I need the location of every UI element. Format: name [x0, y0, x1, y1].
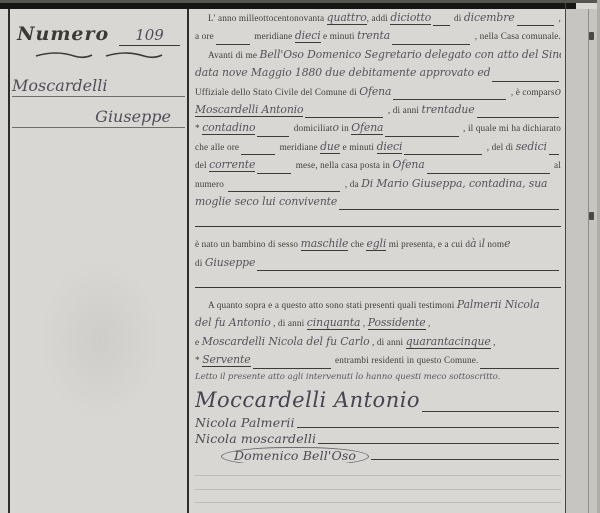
document-line: Avanti di me Bell'Oso Domenico Segretari…	[195, 48, 561, 66]
blank-ruled-line	[195, 463, 561, 477]
printed-text: ,	[360, 318, 367, 328]
handwritten-text: Ofena	[351, 121, 383, 135]
handwritten-text: sedici	[516, 140, 547, 153]
document-line: che alle ore meridiane due e minuti diec…	[195, 140, 561, 158]
given-name-row: Giuseppe	[12, 107, 185, 128]
surname-text: Moscardelli	[12, 76, 107, 96]
handwritten-text: Moscardelli Antonio	[195, 103, 303, 117]
act-number-row: Numero 109	[12, 23, 185, 46]
printed-text: nom	[485, 239, 504, 249]
blank-underline	[339, 207, 559, 210]
printed-text: A quanto sopra e a questo atto sono stat…	[208, 300, 457, 310]
flourish-swash	[34, 48, 164, 62]
handwritten-text: maschile	[301, 237, 349, 251]
scan-artifact	[589, 32, 594, 40]
document-line: numero , da Di Mario Giuseppa, contadina…	[195, 177, 561, 195]
printed-text: ,	[491, 337, 496, 347]
document-line: A quanto sopra e a questo atto sono stat…	[195, 298, 561, 316]
printed-text: in	[339, 123, 351, 133]
margin-column: Numero 109 Moscardelli Giuseppe	[12, 11, 185, 511]
handwritten-text: Letto il presente atto agli intervenuti …	[195, 372, 500, 382]
handwritten-text: due	[320, 140, 340, 154]
act-body: L' anno milleottocentonovanta quattro, a…	[195, 11, 561, 513]
handwritten-text: dieci	[295, 29, 321, 43]
document-line: * contadino domiciliato in Ofena , il qu…	[195, 121, 561, 139]
printed-text: Avanti di me	[208, 50, 260, 60]
printed-text: ,	[426, 318, 431, 328]
handwritten-text: corrente	[209, 158, 255, 172]
document-line: Moscardelli Antonio , di anni trentadue	[195, 103, 561, 121]
printed-text: al	[552, 160, 561, 170]
blank-underline	[216, 42, 250, 45]
handwritten-text: e	[504, 237, 510, 250]
printed-text: *	[195, 355, 202, 365]
right-margin-gutter	[566, 9, 600, 513]
blank-ruled-line	[195, 490, 561, 504]
blank-underline	[433, 23, 449, 26]
printed-text: *	[195, 123, 202, 133]
printed-text: entrambi residenti in questo Comune.	[333, 355, 479, 365]
handwritten-text: cinquanta	[307, 316, 361, 330]
document-line: data nove Maggio 1880 due debitamente ap…	[195, 66, 561, 84]
blank-underline	[427, 171, 550, 174]
document-line: e Moscardelli Nicola del fu Carlo , di a…	[195, 335, 561, 353]
printed-text: Uffiziale dello Stato Civile del Comune …	[195, 87, 359, 97]
printed-text: , nella Casa comunale.	[472, 31, 561, 41]
blank-underline	[257, 171, 291, 174]
document-line: Domenico Bell'Oso	[195, 447, 561, 463]
printed-text: , è compars	[508, 87, 554, 97]
document-line: L' anno milleottocentonovanta quattro, a…	[195, 11, 561, 29]
handwritten-text: Ofena	[393, 158, 425, 171]
signature-text: Nicola Palmerii	[195, 415, 295, 430]
printed-text: e minuti	[321, 31, 357, 41]
blank-underline	[480, 366, 559, 369]
printed-text: numero	[195, 179, 226, 189]
blank-underline	[517, 23, 555, 26]
printed-text: , di anni	[385, 105, 421, 115]
act-number-value: 109	[119, 26, 180, 46]
printed-text: ,	[556, 13, 561, 23]
handwritten-text: Servente	[202, 353, 250, 367]
section-rule	[195, 213, 561, 237]
printed-text: , da	[342, 179, 361, 189]
handwritten-text: data nove Maggio 1880 due debitamente ap…	[195, 66, 490, 79]
blank-underline	[422, 409, 559, 412]
document-line: moglie seco lui convivente	[195, 195, 561, 213]
printed-text: di	[452, 13, 464, 23]
blank-underline	[549, 152, 559, 155]
document-line: Nicola Palmerii	[195, 415, 561, 431]
document-line: Nicola moscardelli	[195, 431, 561, 447]
printed-text: , di anni	[271, 318, 307, 328]
surname-row: Moscardelli	[12, 76, 185, 97]
printed-text: , del dì	[484, 142, 515, 152]
printed-text: che	[348, 239, 366, 249]
signature-text: Moccardelli Antonio	[195, 388, 420, 412]
blank-underline	[257, 134, 289, 137]
numero-label: Numero	[17, 23, 109, 45]
printed-text: a ore	[195, 31, 214, 41]
blank-underline	[477, 115, 559, 118]
document-line: a ore meridiane dieci e minuti trenta , …	[195, 29, 561, 47]
blank-underline	[318, 441, 559, 444]
blank-underline	[257, 268, 559, 271]
handwritten-text: contadino	[202, 121, 255, 135]
document-line: di Giuseppe	[195, 256, 561, 274]
blank-underline	[253, 366, 331, 369]
scan-artifact	[589, 212, 594, 220]
blank-ruled-line	[195, 503, 561, 513]
document-line: Moccardelli Antonio	[195, 388, 561, 415]
gutter-fold-line	[588, 9, 589, 513]
section-rule	[195, 274, 561, 298]
printed-text: meridiane	[252, 31, 295, 41]
blank-underline	[297, 425, 559, 428]
blank-underline	[385, 134, 458, 137]
printed-text: che alle ore	[195, 142, 239, 152]
printed-text: , addì	[367, 13, 391, 23]
signature-text: Nicola moscardelli	[195, 431, 316, 446]
handwritten-text: trenta	[357, 29, 390, 42]
printed-text: mi presenta, e a cui d	[386, 239, 470, 249]
blank-underline	[404, 152, 482, 155]
printed-text: di	[195, 258, 205, 268]
blank-underline	[305, 115, 383, 118]
handwritten-text: Palmerii Nicola	[457, 298, 540, 311]
handwritten-text: trentadue	[422, 103, 475, 116]
document-line: * Servente entrambi residenti in questo …	[195, 353, 561, 371]
page-left-border	[8, 9, 10, 513]
document-line: Letto il presente atto agli intervenuti …	[195, 372, 561, 388]
handwritten-text: Di Mario Giuseppa, contadina, sua	[361, 177, 547, 190]
margin-column-divider	[187, 9, 189, 513]
printed-text: , di anni	[370, 337, 406, 347]
handwritten-text: diciotto	[390, 11, 431, 25]
handwritten-text: o	[555, 85, 561, 98]
given-name-text: Giuseppe	[95, 107, 171, 127]
handwritten-text: dicembre	[464, 11, 515, 24]
printed-text: L' anno milleottocentonovanta	[208, 13, 327, 23]
handwritten-text: Bell'Oso Domenico Segretario delegato co…	[260, 48, 561, 61]
scanned-birth-record-page: Numero 109 Moscardelli Giuseppe L' anno …	[0, 0, 600, 513]
blank-underline	[393, 97, 506, 100]
page-top-border	[0, 3, 576, 9]
printed-text: meridiane	[277, 142, 320, 152]
printed-text: e	[195, 337, 202, 347]
handwritten-text: quarantacinque	[406, 335, 491, 349]
printed-text: è nato un bambino di sesso	[195, 239, 301, 249]
printed-text: mese, nella casa posta in	[293, 160, 392, 170]
handwritten-text: del fu Antonio	[195, 316, 271, 329]
handwritten-text: egli	[366, 237, 386, 251]
printed-text: domiciliat	[291, 123, 332, 133]
blank-underline	[371, 457, 559, 460]
handwritten-text: dieci	[377, 140, 403, 154]
printed-text: e minuti	[340, 142, 376, 152]
handwritten-text: Ofena	[359, 85, 391, 98]
blank-underline	[241, 152, 275, 155]
handwritten-text: quattro	[327, 11, 367, 25]
handwritten-text: moglie seco lui convivente	[195, 195, 337, 208]
signature-text: Domenico Bell'Oso	[221, 447, 369, 463]
printed-text: , il quale mi ha dichiarato	[461, 123, 561, 133]
handwritten-text: Possidente	[368, 316, 426, 330]
handwritten-text: Giuseppe	[205, 256, 255, 269]
blank-underline	[392, 42, 470, 45]
document-line: è nato un bambino di sesso maschile che …	[195, 237, 561, 255]
document-line: Uffiziale dello Stato Civile del Comune …	[195, 85, 561, 103]
document-line: del corrente mese, nella casa posta in O…	[195, 158, 561, 176]
blank-underline	[228, 189, 340, 192]
document-line: del fu Antonio , di anni cinquanta , Pos…	[195, 316, 561, 334]
page-right-border	[565, 3, 566, 513]
printed-text: del	[195, 160, 209, 170]
blank-ruled-line	[195, 476, 561, 490]
blank-underline	[492, 79, 559, 82]
handwritten-text: Moscardelli Nicola del fu Carlo	[202, 335, 370, 348]
